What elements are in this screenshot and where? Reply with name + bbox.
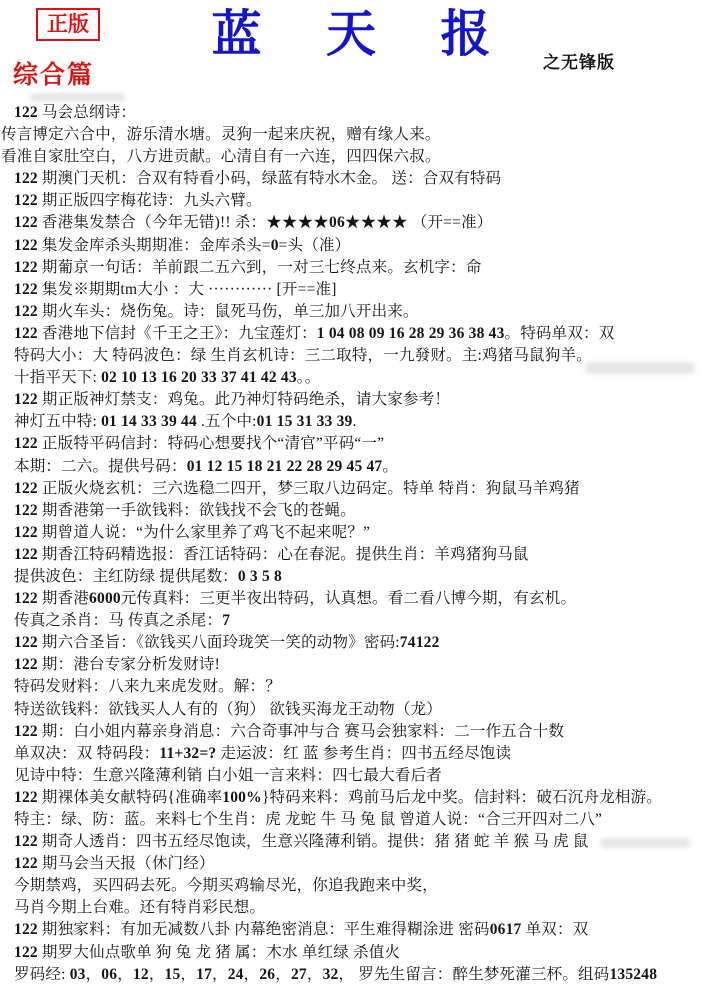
report-body: 122 马会总纲诗：传言博定六合中，游乐清水塘。灵狗一起来庆祝，赠有缘人来。看准… <box>14 102 700 986</box>
report-line: 特送欲钱料：欲钱买人人有的（狗） 欲钱买海龙王动物（龙） <box>14 699 700 721</box>
report-line: 传言博定六合中，游乐清水塘。灵狗一起来庆祝，赠有缘人来。 <box>1 124 700 146</box>
report-line: 122 期澳门天机：合双有特看小码，绿蓝有特水木金。 送：合双有特码 <box>14 168 700 190</box>
report-line: 单双决：双 特码段：11+32=? 走运波：红 蓝 参考生肖：四书五经尽饱读 <box>14 743 700 765</box>
section-heading: 综合篇 <box>13 55 94 91</box>
report-line: 122 期：白小姐内幕亲身消息：六合奇事冲与合 赛马会独家料：二一作五合十数 <box>14 721 700 743</box>
report-line: 122 期曾道人说：“为什么家里养了鸡飞不起来呢？” <box>14 522 700 544</box>
report-line: 122 正版特平码信封：特码心想要找个“清官”平码“一” <box>14 433 700 455</box>
report-line: 122 期香港第一手欲钱料：欲钱找不会飞的苍蝇。 <box>14 500 700 522</box>
report-line: 提供波色：主红防绿 提供尾数：0 3 5 8 <box>14 566 700 588</box>
report-line: 今期禁鸡，买四码去死。今期买鸡输尽光，你追我跑来中奖， <box>14 875 700 897</box>
scan-smudge <box>30 93 125 102</box>
report-line: 122 集发※期期tm大小 ：大 ············ [开==准] <box>14 279 700 301</box>
report-line: 122 正版火烧玄机：三六选稳二四开，梦三取八边码定。特单 特肖：狗鼠马羊鸡猪 <box>14 478 700 500</box>
report-line: 传真之杀肖：马 传真之杀尾：7 <box>14 610 700 632</box>
report-line: 122 期罗大仙点歌单 狗 兔 龙 猪 属：木水 单红绿 杀值火 <box>14 942 700 964</box>
report-line: 122 期正版神灯禁支：鸡兔。此乃神灯特码绝杀，请大家参考！ <box>14 389 700 411</box>
report-line: 122 期葡京一句话：羊前跟二五六到，一对三七终点来。玄机字：命 <box>14 257 700 279</box>
report-line: 122 期火车头：烧伤兔。诗：鼠死马伤，单三加八开出来。 <box>14 301 700 323</box>
report-line: 十指平天下: 02 10 13 16 20 33 37 41 42 43。。 <box>14 367 700 389</box>
report-line: 122 期马会当天报（休门经） <box>14 853 700 875</box>
report-line: 特主：绿、防：蓝。来料七个生肖：虎 龙蛇 牛 马 兔 鼠 曾道人说：“合三开四对… <box>14 809 700 831</box>
report-line: 122 马会总纲诗： <box>14 102 700 124</box>
report-line: 本期：二六。提供号码：01 12 15 18 21 22 28 29 45 47… <box>14 456 700 478</box>
report-line: 见诗中特：生意兴隆薄利销 白小姐一言来料：四七最大看后者 <box>14 765 700 787</box>
report-line: 122 期奇人透肖：四书五经尽饱读，生意兴隆薄利销。提供：猪 猪 蛇 羊 猴 马… <box>14 831 700 853</box>
report-line: 马肖今期上台难。还有特肖彩民想。 <box>14 897 700 919</box>
report-line: 122 香港地下信封《千王之王》：九宝莲灯：1 04 08 09 16 28 2… <box>14 323 700 345</box>
report-line: 122 期独家料：有加无减数八卦 内幕绝密消息：平生难得糊涂进 密码0617 单… <box>14 919 700 941</box>
blue-sky-report-page: 正版 蓝 天 报 之无锋版 综合篇 122 马会总纲诗：传言博定六合中，游乐清水… <box>0 0 702 987</box>
report-line: 罗码经: 03，06，12，15，17，24，26，27，32， 罗先生留言：醉… <box>14 964 700 986</box>
report-line: 122 期裸体美女献特码{准确率100%}特码来料：鸡前马后龙中奖。信封料：破石… <box>14 787 700 809</box>
report-line: 122 香港集发禁合（今年无错)!! 杀：★★★★06★★★★ （开==准） <box>14 212 700 234</box>
report-line: 122 期正版四字梅花诗：九头六臂。 <box>14 190 700 212</box>
report-line: 神灯五中特: 01 14 33 39 44 .五个中:01 15 31 33 3… <box>14 411 700 433</box>
report-line: 122 期香港6000元传真料：三更半夜出特码，认真想。看二看八博今期，有玄机。 <box>14 588 700 610</box>
edition-subtitle: 之无锋版 <box>543 48 615 73</box>
report-line: 122 期香江特码精选报：香江话特码：心在春泥。提供生肖：羊鸡猪狗马鼠 <box>14 544 700 566</box>
report-line: 122 期六合圣旨：《欲钱买八面玲珑笑一笑的动物》密码:74122 <box>14 632 700 654</box>
report-line: 122 期：港台专家分析发财诗! <box>14 654 700 676</box>
report-line: 122 集发金库杀头期期准：金库杀头=0=头（准） <box>14 235 700 257</box>
report-line: 看准自家肚空白，八方进贡献。心清自有一六连，四四保六叔。 <box>1 146 700 168</box>
report-line: 特码发财料：八来九来虎发财。解：？ <box>14 676 700 698</box>
report-line: 特码大小：大 特码波色：绿 生肖玄机诗：三二取特，一九發财。主:鸡猪马鼠狗羊。 <box>14 345 700 367</box>
